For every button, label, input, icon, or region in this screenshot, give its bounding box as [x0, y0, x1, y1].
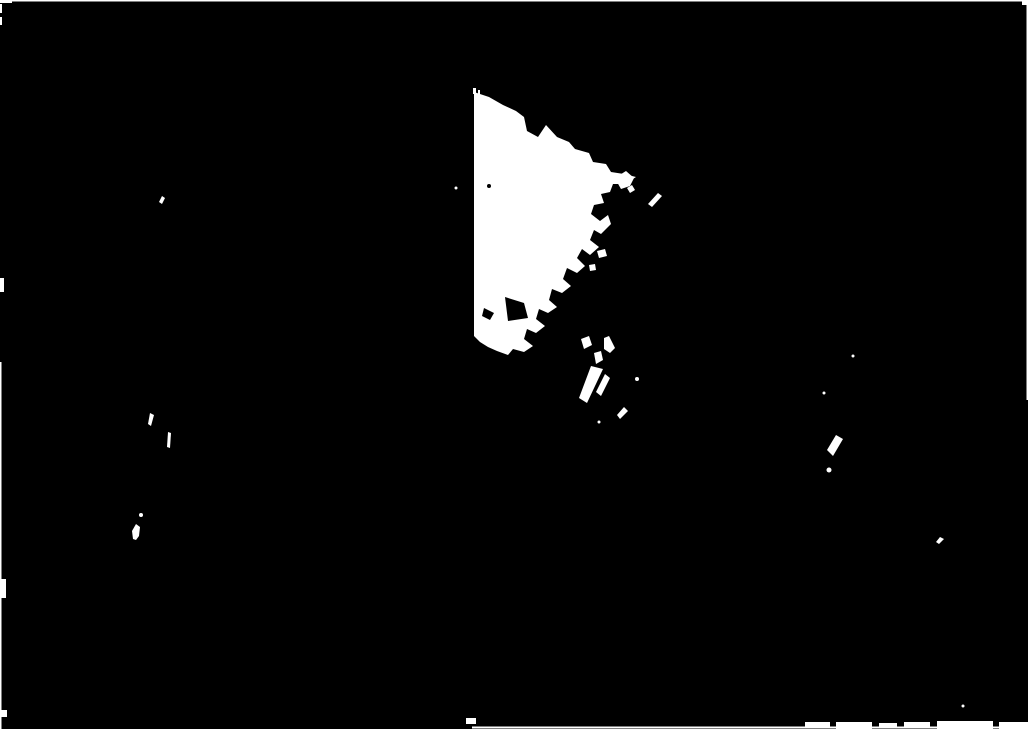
bottom-dash-1	[805, 722, 830, 728]
dot-right-center	[852, 355, 855, 358]
dot-left-column	[139, 513, 143, 517]
bottom-line-start-tick	[466, 718, 476, 724]
blob-corner-tick-b	[478, 90, 480, 94]
binarized-frame	[0, 0, 1028, 729]
left-edge-notch	[0, 579, 6, 598]
bottom-dash-6	[999, 722, 1028, 729]
left-edge-mark-mid	[0, 278, 4, 292]
dot-lower-center	[598, 421, 601, 424]
top-edge-line	[0, 0, 1028, 2]
dot-below-blob	[635, 377, 639, 381]
left-edge-mark-top-b	[0, 17, 2, 25]
blob-hole-dot	[487, 184, 491, 188]
fleck-right-edge-b	[589, 264, 596, 271]
left-edge-mark-top-a	[0, 4, 2, 13]
frame-background	[0, 0, 1028, 729]
bottom-dash-5	[937, 721, 993, 729]
left-edge-corner-dash	[0, 710, 7, 717]
dot-right-area-above	[823, 392, 826, 395]
blob-corner-tick-a	[473, 88, 476, 94]
top-left-corner-mark	[0, 0, 12, 3]
threshold-mask-canvas	[0, 0, 1028, 729]
bottom-dash-2	[836, 722, 872, 729]
bottom-dash-4	[904, 722, 930, 728]
bottom-dash-3	[879, 723, 897, 728]
dot-right-area-below	[827, 468, 832, 473]
left-edge-line-lower	[0, 362, 2, 729]
dot-bottom-right	[962, 705, 965, 708]
speck-dot-near-blob	[455, 187, 458, 190]
